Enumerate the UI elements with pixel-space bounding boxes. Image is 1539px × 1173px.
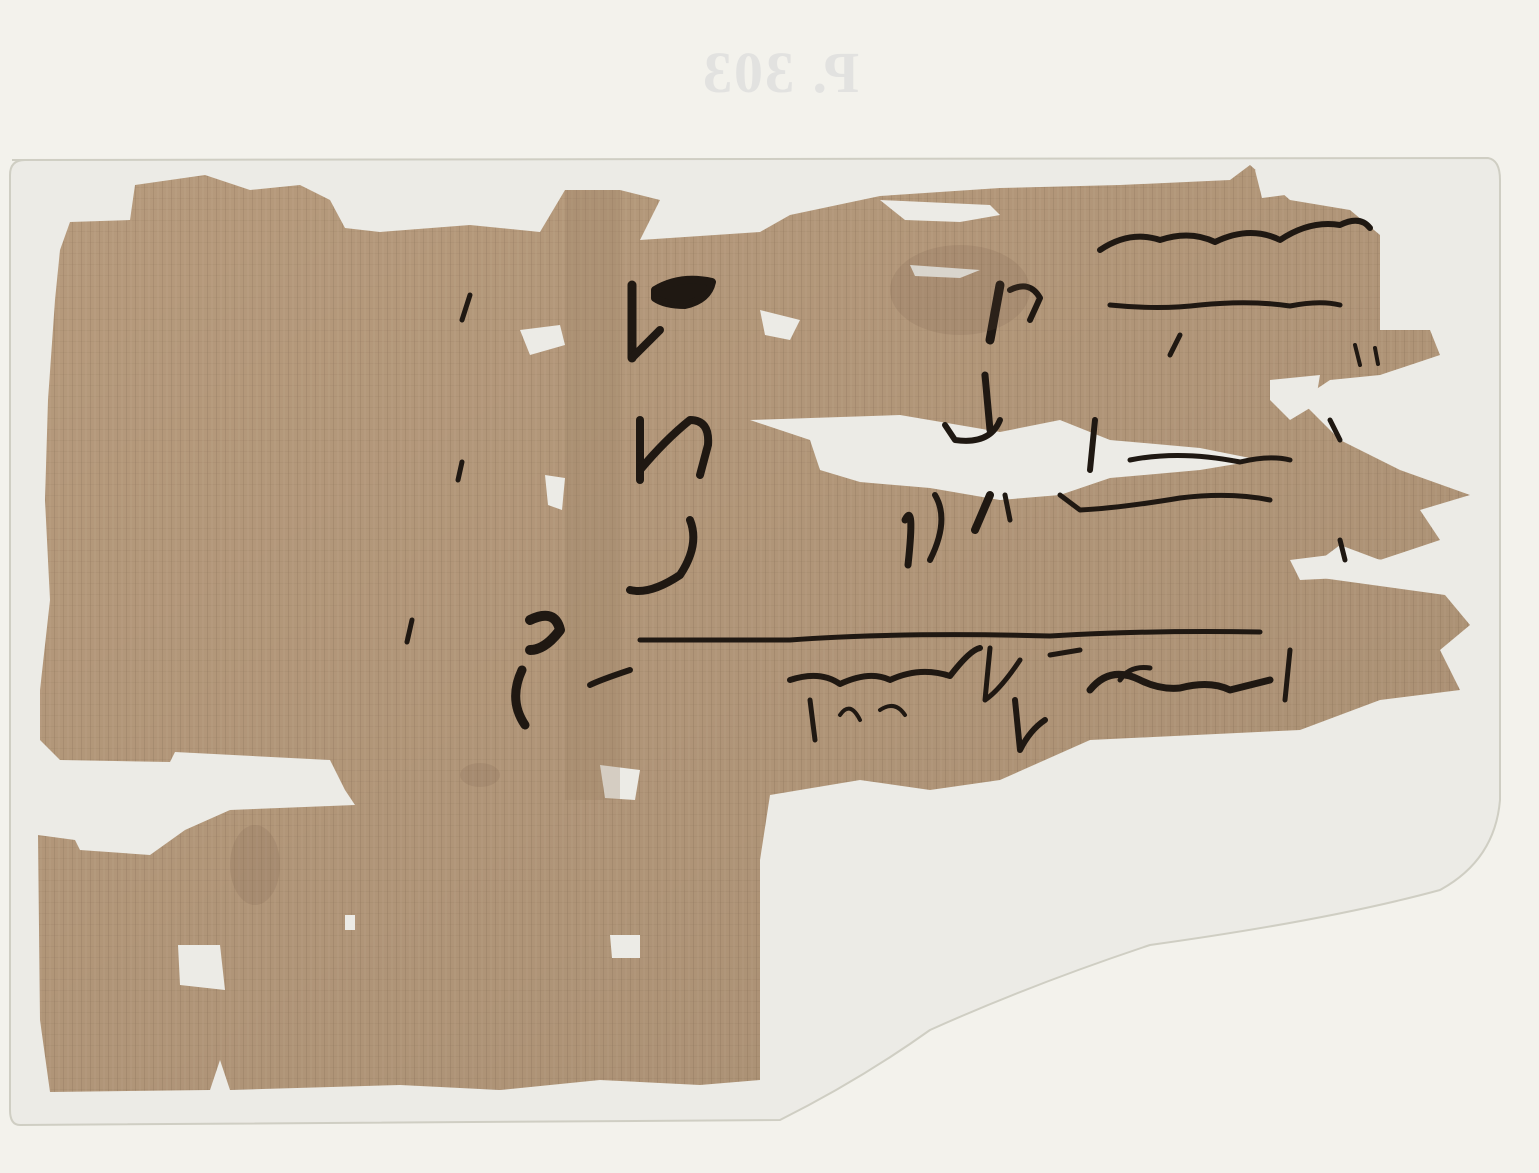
kollesis-strip — [565, 190, 620, 800]
photo-stage: P. 303 — [0, 0, 1539, 1173]
papyrus-photo — [0, 0, 1539, 1173]
